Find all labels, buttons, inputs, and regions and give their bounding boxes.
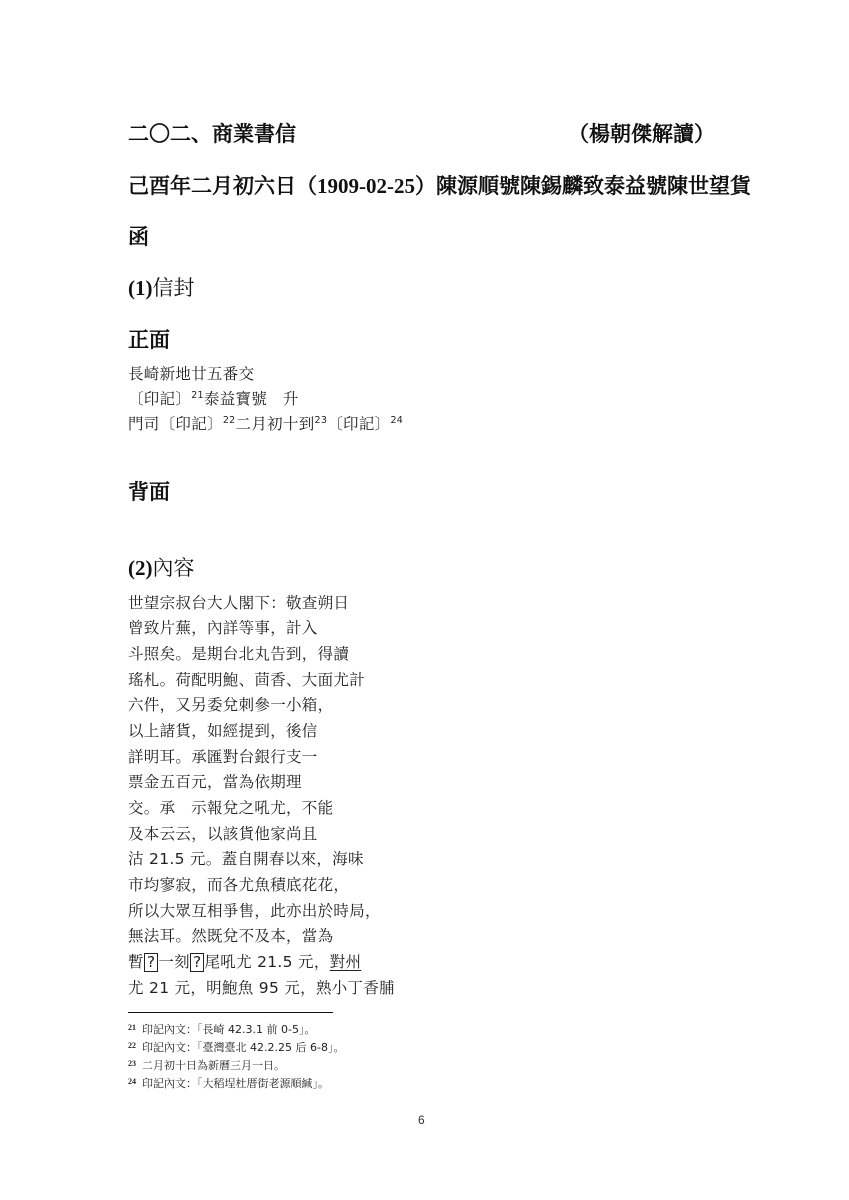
letter-line: 市均寥寂，而各尤魚積底花花，	[128, 873, 349, 895]
footnote-number: 21	[128, 1023, 136, 1032]
letter-line: 曾致片蕪，內詳等事，計入	[128, 616, 318, 638]
reader-credit: （楊朝傑解讀）	[568, 118, 715, 148]
stamp-mark: 〔印記〕	[128, 390, 191, 408]
letter-line: 交。承 示報兌之吼尤，不能	[128, 796, 333, 818]
footnote-text: 印記內文：「臺灣臺北 42.2.25 后 6-8」。	[142, 1041, 344, 1054]
stamp-mark: 門司〔印記〕	[128, 415, 223, 433]
letter-line: 斗照矣。是期台北丸告到，得讀	[128, 642, 349, 664]
footnote-divider	[128, 1012, 333, 1013]
letter-line: 以上諸貨，如經提到，後信	[128, 719, 318, 741]
subtitle-suffix: ）陳源順號陳錫麟致泰益號陳世望貨	[415, 174, 751, 198]
text-segment: 一刻	[158, 953, 190, 971]
stamp-mark: 〔印記〕	[327, 415, 390, 433]
letter-line: 沽 21.5 元。蓋自開春以來，海味	[128, 847, 364, 869]
text-segment: 暫	[128, 953, 144, 971]
envelope-front-line-2: 〔印記〕21泰益寶號 升	[128, 387, 299, 409]
front-heading: 正面	[128, 324, 170, 354]
arrival-date: 二月初十到	[236, 415, 315, 433]
footnote-text: 印記內文：「長崎 42.3.1 前 0-5」。	[142, 1023, 315, 1036]
envelope-front-text: 長崎新地廿五番交	[128, 365, 254, 383]
footnote-number: 22	[128, 1041, 136, 1050]
content-heading-label: 內容	[153, 556, 195, 580]
front-heading-text: 正面	[128, 328, 170, 352]
subtitle-prefix: 己酉年二月初六日（	[128, 174, 317, 198]
footnote-23: 23二月初十日為新曆三月一日。	[128, 1057, 285, 1073]
letter-line: 詳明耳。承匯對台銀行支一	[128, 745, 318, 767]
letter-line: 及本云云，以該貨他家尚且	[128, 822, 318, 844]
addressee: 泰益寶號 升	[204, 390, 299, 408]
footnote-text: 印記內文：「大稻埕杜厝街老源順緘」。	[142, 1077, 329, 1090]
document-page: 二〇二、商業書信 （楊朝傑解讀） 己酉年二月初六日（1909-02-25）陳源順…	[0, 0, 849, 1200]
footnote-ref: 21	[191, 390, 204, 401]
footnote-number: 24	[128, 1077, 136, 1086]
footnote-text: 二月初十日為新曆三月一日。	[142, 1059, 285, 1072]
subtitle-date: 1909-02-25	[317, 174, 415, 198]
footnote-ref: 24	[390, 415, 403, 426]
unclear-char-box: ?	[144, 953, 159, 972]
document-subtitle-cont: 函	[128, 221, 149, 251]
letter-line: 尤 21 元，明鮑魚 95 元，熟小丁香脯	[128, 976, 395, 998]
page-number: 6	[418, 1113, 425, 1127]
letter-line: 六件，又另委兌刺參一小箱，	[128, 693, 333, 715]
envelope-heading-label: 信封	[153, 276, 195, 300]
letter-line: 所以大眾互相爭售，此亦出於時局，	[128, 899, 381, 921]
content-heading: (2)內容	[128, 552, 195, 582]
document-subtitle: 己酉年二月初六日（1909-02-25）陳源順號陳錫麟致泰益號陳世望貨	[128, 170, 751, 200]
envelope-heading: (1)信封	[128, 272, 195, 302]
unclear-char-box: ?	[190, 953, 205, 972]
envelope-front-line-3: 門司〔印記〕22二月初十到23〔印記〕24	[128, 412, 403, 434]
footnote-21: 21印記內文：「長崎 42.3.1 前 0-5」。	[128, 1021, 315, 1037]
letter-line: 世望宗叔台大人閣下：敬查朔日	[128, 591, 349, 613]
footnote-24: 24印記內文：「大稻埕杜厝街老源順緘」。	[128, 1075, 329, 1091]
footnote-number: 23	[128, 1059, 136, 1068]
letter-line: 瑤札。荷配明鮑、茴香、大面尤計	[128, 668, 365, 690]
envelope-heading-num: (1)	[128, 276, 153, 300]
footnote-ref: 23	[315, 415, 328, 426]
letter-line-with-unclear-chars: 暫?一刻?尾吼尤 21.5 元，對州	[128, 950, 361, 972]
letter-line: 票金五百元，當為依期理	[128, 770, 302, 792]
envelope-front-line-1: 長崎新地廿五番交	[128, 362, 254, 384]
letter-line: 無法耳。然既兌不及本，當為	[128, 924, 333, 946]
text-segment: 尾吼尤 21.5 元，	[204, 953, 329, 971]
footnote-22: 22印記內文：「臺灣臺北 42.2.25 后 6-8」。	[128, 1039, 344, 1055]
reader-credit-text: （楊朝傑解讀）	[568, 122, 715, 146]
footnote-ref: 22	[223, 415, 236, 426]
underlined-text: 對州	[330, 953, 362, 971]
section-title: 二〇二、商業書信	[128, 118, 296, 148]
back-heading: 背面	[128, 476, 170, 506]
section-title-text: 二〇二、商業書信	[128, 122, 296, 146]
subtitle-line2: 函	[128, 225, 149, 249]
back-heading-text: 背面	[128, 480, 170, 504]
content-heading-num: (2)	[128, 556, 153, 580]
